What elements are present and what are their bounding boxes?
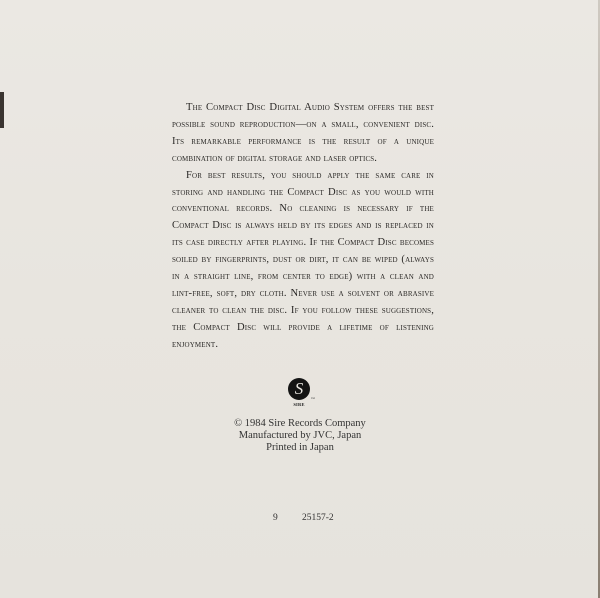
trademark-symbol: ™ [311,396,315,401]
sire-logo: S ™ SIRE [287,378,317,414]
catalog-prefix: 9 [273,513,278,523]
page-edge-mark [0,92,4,128]
cd-booklet-page: The Compact Disc Digital Audio System of… [0,0,600,598]
printed-line: Printed in Japan [200,442,400,454]
credits-block: © 1984 Sire Records Company Manufactured… [200,418,400,453]
sire-records-logo-icon: S [288,378,310,400]
manufacturer-line: Manufactured by JVC, Japan [200,430,400,442]
paragraph-care: For best results, you should apply the s… [172,168,434,354]
paragraph-intro: The Compact Disc Digital Audio System of… [172,100,434,168]
logo-label: SIRE [289,402,309,407]
catalog-number: 25157-2 [302,513,334,523]
care-instructions-text: The Compact Disc Digital Audio System of… [172,100,434,354]
copyright-line: © 1984 Sire Records Company [200,418,400,430]
